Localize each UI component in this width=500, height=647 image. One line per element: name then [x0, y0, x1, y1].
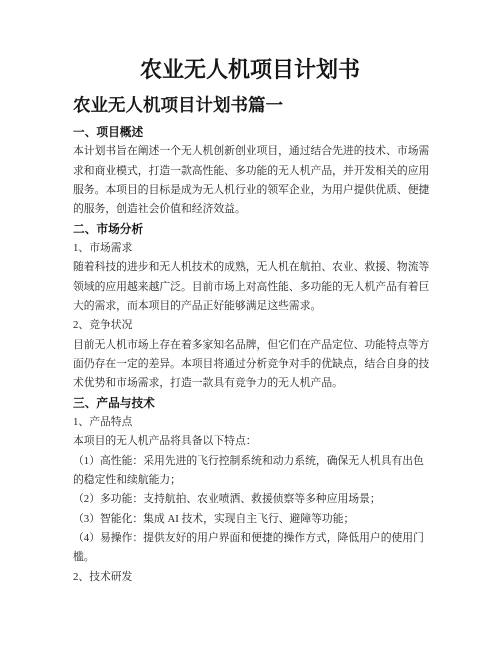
section-heading: 二、市场分析	[73, 220, 429, 239]
text-line: 目前无人机市场上存在着多家知名品牌，但它们在产品定位、功能特点等方	[73, 336, 429, 355]
section-heading: 一、项目概述	[73, 123, 429, 142]
text-line: 的稳定性和续航能力；	[73, 471, 429, 490]
text-line: 2、竞争状况	[73, 316, 429, 335]
text-line: 2、技术研发	[73, 568, 429, 587]
section-heading: 三、产品与技术	[73, 394, 429, 413]
text-line: 大的需求，而本项目的产品正好能够满足这些需求。	[73, 297, 429, 316]
text-line: （3）智能化：集成 AI 技术，实现自主飞行、避障等功能；	[73, 510, 429, 529]
text-line: 术优势和市场需求，打造一款具有竞争力的无人机产品。	[73, 374, 429, 393]
document-body: 一、项目概述本计划书旨在阐述一个无人机创新创业项目，通过结合先进的技术、市场需求…	[73, 123, 429, 587]
text-line: 服务。本项目的目标是成为无人机行业的领军企业，为用户提供优质、便捷	[73, 181, 429, 200]
text-line: （2）多功能：支持航拍、农业喷洒、救援侦察等多种应用场景；	[73, 490, 429, 509]
text-line: （1）高性能：采用先进的飞行控制系统和动力系统，确保无人机具有出色	[73, 452, 429, 471]
text-line: 槛。	[73, 548, 429, 567]
document-subtitle: 农业无人机项目计划书篇一	[73, 93, 431, 117]
text-line: 领域的应用越来越广泛。目前市场上对高性能、多功能的无人机产品有着巨	[73, 278, 429, 297]
text-line: 本计划书旨在阐述一个无人机创新创业项目，通过结合先进的技术、市场需	[73, 142, 429, 161]
document-title: 农业无人机项目计划书	[0, 0, 500, 85]
text-line: 1、市场需求	[73, 239, 429, 258]
text-line: 面仍存在一定的差异。本项目将通过分析竞争对手的优缺点，结合自身的技	[73, 355, 429, 374]
text-line: 求和商业模式，打造一款高性能、多功能的无人机产品，并开发相关的应用	[73, 162, 429, 181]
text-line: 1、产品特点	[73, 413, 429, 432]
text-line: 本项目的无人机产品将具备以下特点：	[73, 432, 429, 451]
text-line: （4）易操作：提供友好的用户界面和便捷的操作方式，降低用户的使用门	[73, 529, 429, 548]
document-page: 农业无人机项目计划书 农业无人机项目计划书篇一 一、项目概述本计划书旨在阐述一个…	[0, 0, 500, 647]
text-line: 的服务，创造社会价值和经济效益。	[73, 200, 429, 219]
text-line: 随着科技的进步和无人机技术的成熟，无人机在航拍、农业、救援、物流等	[73, 258, 429, 277]
